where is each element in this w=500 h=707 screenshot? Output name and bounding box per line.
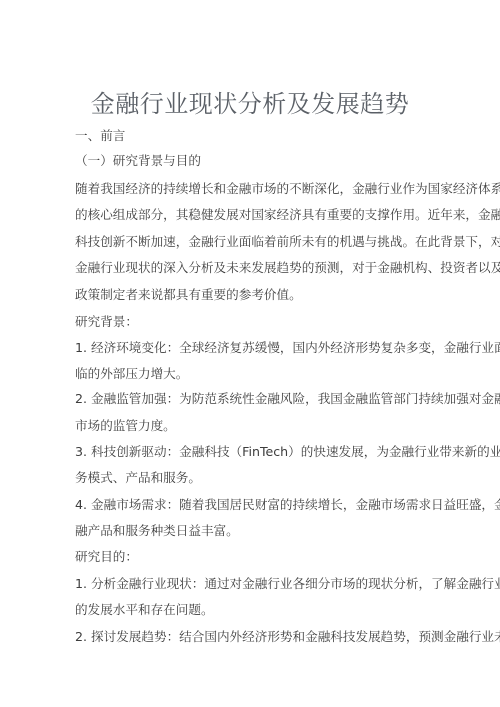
text-line: 的发展水平和存在问题。: [75, 602, 435, 618]
text-line: 临的外部压力增大。: [75, 366, 435, 382]
text-line: 务模式、产品和服务。: [75, 470, 435, 486]
text-line: 2. 探讨发展趋势：结合国内外经济形势和金融科技发展趋势，预测金融行业未: [75, 629, 435, 645]
text-line: 金融行业现状的深入分析及未来发展趋势的预测，对于金融机构、投资者以及: [75, 260, 435, 276]
text-line: 政策制定者来说都具有重要的参考价值。: [75, 287, 435, 303]
text-line: 1. 经济环境变化：全球经济复苏缓慢，国内外经济形势复杂多变，金融行业面: [75, 340, 435, 356]
text-line: 2. 金融监管加强：为防范系统性金融风险，我国金融监管部门持续加强对金融: [75, 391, 435, 407]
text-line: 3. 科技创新驱动：金融科技（FinTech）的快速发展，为金融行业带来新的业: [75, 444, 435, 460]
document-page: 金融行业现状分析及发展趋势 一、前言（一）研究背景与目的随着我国经济的持续增长和…: [0, 0, 500, 707]
text-line: 一、前言: [75, 128, 435, 144]
text-line: 1. 分析金融行业现状：通过对金融行业各细分市场的现状分析，了解金融行业: [75, 576, 435, 592]
text-line: （一）研究背景与目的: [75, 153, 435, 169]
document-title: 金融行业现状分析及发展趋势: [0, 84, 500, 119]
text-line: 市场的监管力度。: [75, 418, 435, 434]
text-line: 科技创新不断加速，金融行业面临着前所未有的机遇与挑战。在此背景下，对: [75, 234, 435, 250]
text-line: 的核心组成部分，其稳健发展对国家经济具有重要的支撑作用。近年来，金融: [75, 207, 435, 223]
text-line: 研究背景：: [75, 314, 435, 330]
text-line: 研究目的：: [75, 549, 435, 565]
text-line: 随着我国经济的持续增长和金融市场的不断深化，金融行业作为国家经济体系: [75, 181, 435, 197]
text-line: 4. 金融市场需求：随着我国居民财富的持续增长，金融市场需求日益旺盛，金: [75, 497, 435, 513]
text-line: 融产品和服务种类日益丰富。: [75, 523, 435, 539]
